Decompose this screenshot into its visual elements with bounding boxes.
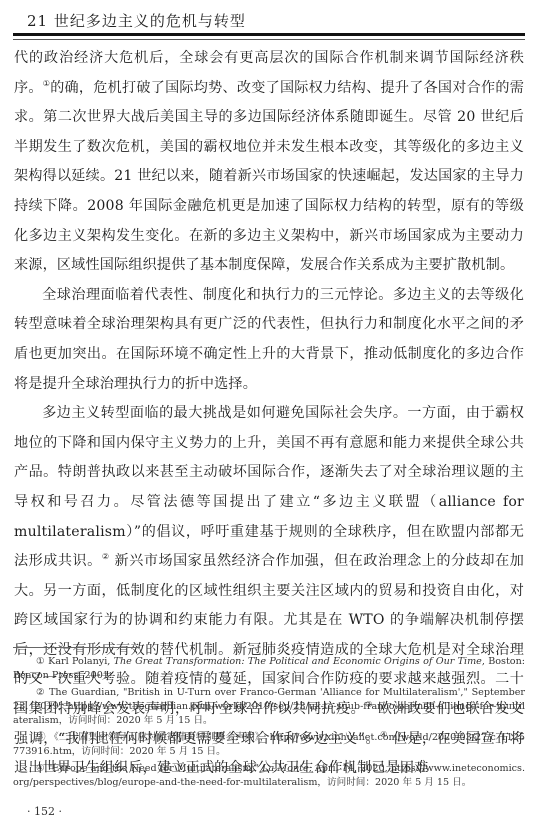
footnote-ref-2[interactable]: ② xyxy=(102,552,110,561)
footnote-1: ① Karl Polanyi, The Great Transformation… xyxy=(13,655,525,683)
paragraph-2: 全球治理面临着代表性、制度化和执行力的三元悖论。多边主义的去等级化转型意味着全球… xyxy=(14,281,524,399)
footnote-marker: ② xyxy=(36,687,45,698)
page-number: · 152 · xyxy=(27,805,62,818)
footnotes: ① Karl Polanyi, The Great Transformation… xyxy=(13,655,525,793)
footnote-2: ② The Guardian, "British in U-Turn over … xyxy=(13,686,525,729)
footnote-marker: ④ xyxy=(36,763,45,774)
footnote-4: ④ "Europe and the Need for Multilaterali… xyxy=(13,762,525,790)
header-rule-thin xyxy=(13,39,525,40)
footnote-book-title: The Great Transformation: The Political … xyxy=(114,656,482,667)
running-head-title: 21 世纪多边主义的危机与转型 xyxy=(27,10,246,31)
footnote-marker: ① xyxy=(36,656,45,667)
header-rule-thick xyxy=(13,33,525,36)
paragraph-1: 代的政治经济大危机后，全球会有更高层次的国际合作机制来调节国际经济秩序。①的确，… xyxy=(14,44,524,281)
footnote-source-title: La Monte xyxy=(262,763,309,774)
footnote-3: ③ 《二十国集团领导人应对新冠肺炎特别峰会声明》，http://www.xinh… xyxy=(13,731,525,759)
footnote-marker: ③ xyxy=(36,732,46,743)
footnote-divider xyxy=(13,647,140,648)
